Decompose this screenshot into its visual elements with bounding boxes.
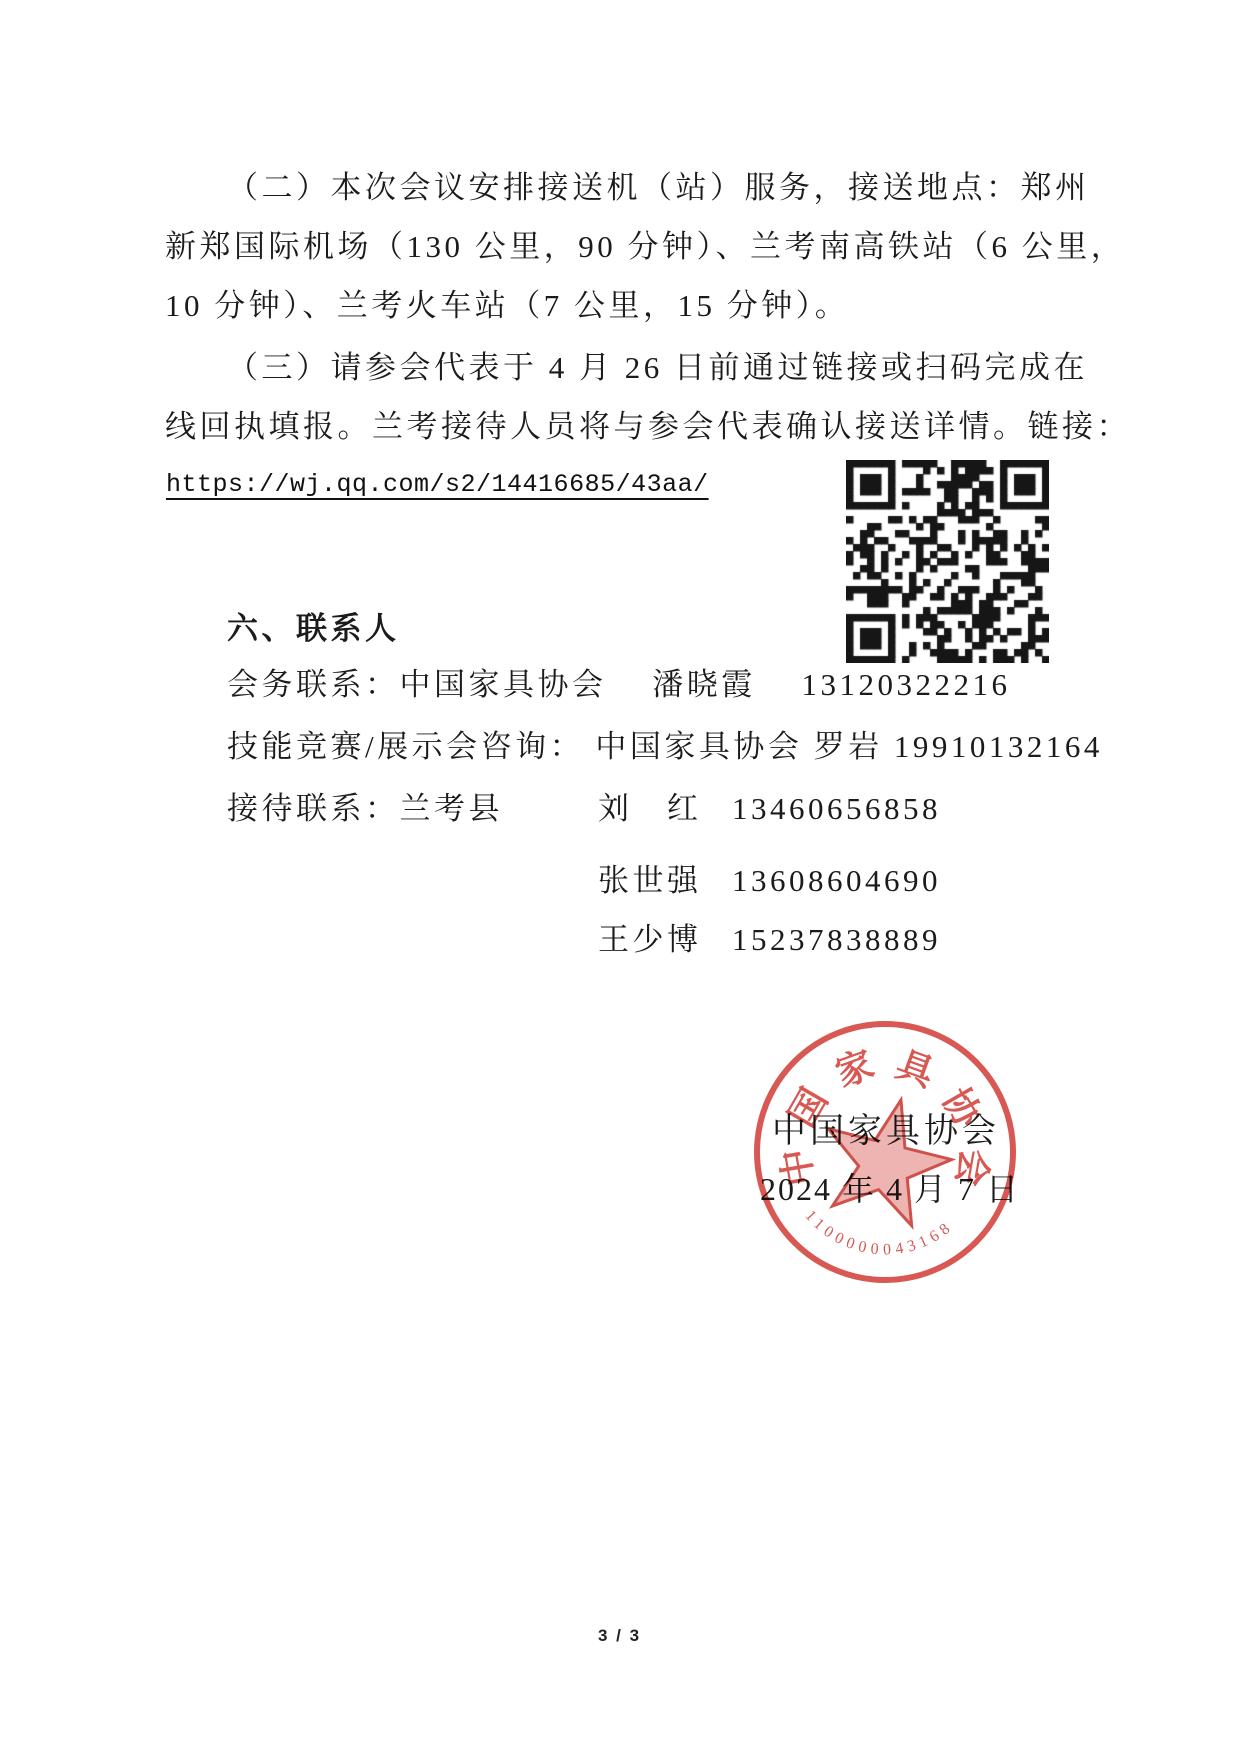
contacts-heading-block: 六、联系人: [165, 599, 1115, 658]
contact-line-reception3: 王少博 15237838889: [165, 910, 1115, 969]
paragraph-line: 10 分钟）、兰考火车站（7 公里，15 分钟）。: [165, 276, 1115, 335]
contact-person-phone: 15237838889: [732, 910, 941, 969]
contact-person-name: 王少博: [598, 910, 702, 969]
document-page: （二）本次会议安排接送机（站）服务，接送地点：郑州 新郑国际机场（130 公里，…: [0, 0, 1239, 1752]
contacts-block: 会务联系：中国家具协会 潘晓霞 13120322216 技能竞赛/展示会咨询： …: [165, 655, 1115, 969]
paragraph-line: （三）请参会代表于 4 月 26 日前通过链接或扫码完成在: [165, 338, 1115, 397]
contact-person-phone: 13608604690: [732, 851, 941, 910]
paragraph-line: （二）本次会议安排接送机（站）服务，接送地点：郑州: [165, 158, 1115, 217]
contact-line-conference: 会务联系：中国家具协会 潘晓霞 13120322216: [165, 655, 1115, 714]
reception-label: 接待联系：兰考县: [165, 791, 503, 826]
paragraph-registration: （三）请参会代表于 4 月 26 日前通过链接或扫码完成在 线回执填报。兰考接待…: [165, 338, 1115, 456]
svg-text:中: 中: [774, 1145, 822, 1189]
section-heading: 六、联系人: [165, 599, 1115, 658]
svg-text:国: 国: [781, 1081, 836, 1134]
paragraph-transport: （二）本次会议安排接送机（站）服务，接送地点：郑州 新郑国际机场（130 公里，…: [165, 158, 1115, 335]
paragraph-line: 新郑国际机场（130 公里，90 分钟）、兰考南高铁站（6 公里，: [165, 217, 1115, 276]
svg-text:会: 会: [948, 1145, 996, 1189]
svg-text:具: 具: [891, 1044, 942, 1096]
contact-person-phone: 13460656858: [732, 779, 941, 838]
svg-text:协: 协: [934, 1081, 990, 1136]
contact-line-reception: 接待联系：兰考县 刘 红 13460656858: [165, 779, 1115, 838]
registration-link[interactable]: https://wj.qq.com/s2/14416685/43aa/: [166, 470, 709, 499]
contact-line-competition: 技能竞赛/展示会咨询： 中国家具协会 罗岩 19910132164: [165, 717, 1115, 776]
page-number: 3 / 3: [0, 1626, 1239, 1646]
official-seal-stamp: 中 国 家 具 协 会 1100000043168: [745, 1012, 1025, 1292]
paragraph-line: 线回执填报。兰考接待人员将与参会代表确认接送详情。链接：: [165, 397, 1115, 456]
seal-serial-number: 1100000043168: [801, 1207, 957, 1258]
contact-line-reception2: 张世强 13608604690: [165, 851, 1115, 910]
contact-person-name: 张世强: [598, 851, 702, 910]
contact-person-name: 刘 红: [598, 779, 702, 838]
svg-text:家: 家: [830, 1043, 879, 1095]
